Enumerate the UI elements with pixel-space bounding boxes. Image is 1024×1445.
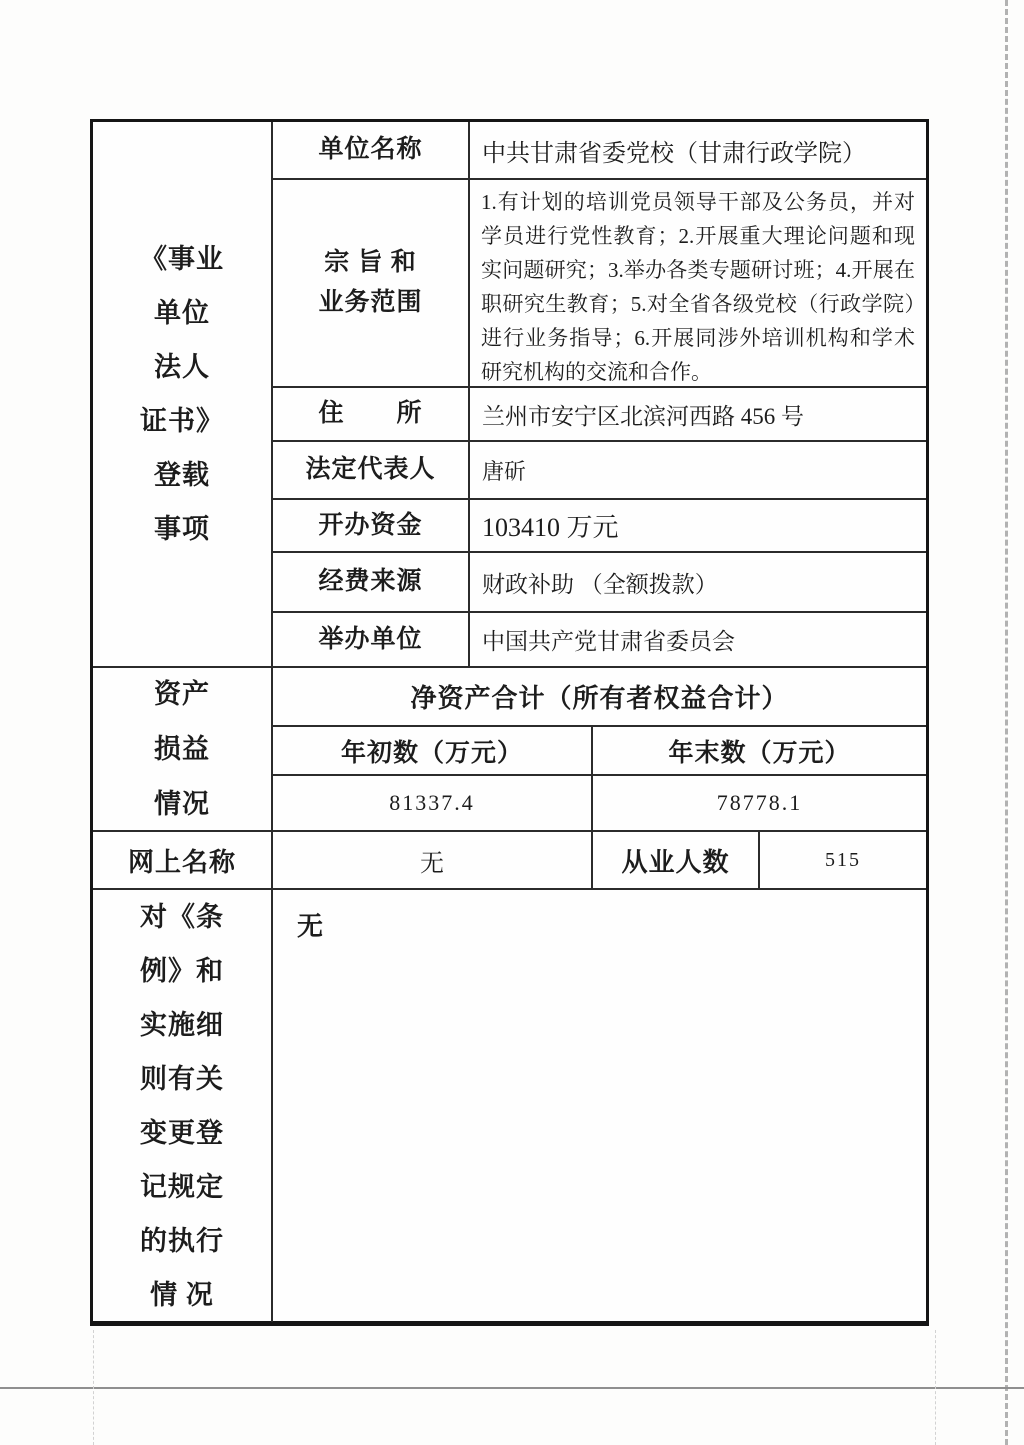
year-start-header: 年初数（万元） [273,727,593,776]
regulation-value: 无 [273,890,926,1321]
year-end-value: 78778.1 [593,776,926,832]
unit-name-label: 单位名称 [273,122,470,180]
year-end-header: 年末数（万元） [593,727,926,776]
capital-value: 103410 万元 [470,500,926,553]
address-label: 住 所 [273,388,470,442]
funding-label: 经费来源 [273,553,470,613]
legal-rep-value: 唐斫 [470,442,926,500]
funding-value: 财政补助 （全额拨款） [470,553,926,613]
unit-name-value: 中共甘肃省委党校（甘肃行政学院） [470,122,926,180]
organizer-label: 举办单位 [273,613,470,668]
online-name-label: 网上名称 [93,832,273,890]
regulation-side-label: 对《条 例》和 实施细 则有关 变更登 记规定 的执行 情 况 [93,890,273,1322]
faint-right-guide-line [935,1330,936,1445]
bottom-scan-line [0,1387,1024,1389]
net-assets-header: 净资产合计（所有者权益合计） [273,668,926,727]
registration-form-table: 《事业 单位 法人 证书》 登载 事项 单位名称 中共甘肃省委党校（甘肃行政学院… [90,119,929,1326]
capital-label: 开办资金 [273,500,470,553]
cert-items-side-label: 《事业 单位 法人 证书》 登载 事项 [93,122,273,668]
faint-left-guide-line [93,1330,94,1445]
assets-side-label: 资产 损益 情况 [93,668,273,832]
page-edge-dashed-line [1005,0,1008,1445]
online-name-value: 无 [273,832,593,890]
address-value: 兰州市安宁区北滨河西路 456 号 [470,388,926,442]
organizer-value: 中国共产党甘肃省委员会 [470,613,926,668]
mission-label: 宗 旨 和 业务范围 [273,180,470,388]
legal-rep-label: 法定代表人 [273,442,470,500]
staff-count-value: 515 [760,832,926,890]
mission-value: 1.有计划的培训党员领导干部及公务员，并对学员进行党性教育；2.开展重大理论问题… [470,180,926,388]
year-start-value: 81337.4 [273,776,593,832]
staff-count-label: 从业人数 [593,832,760,890]
